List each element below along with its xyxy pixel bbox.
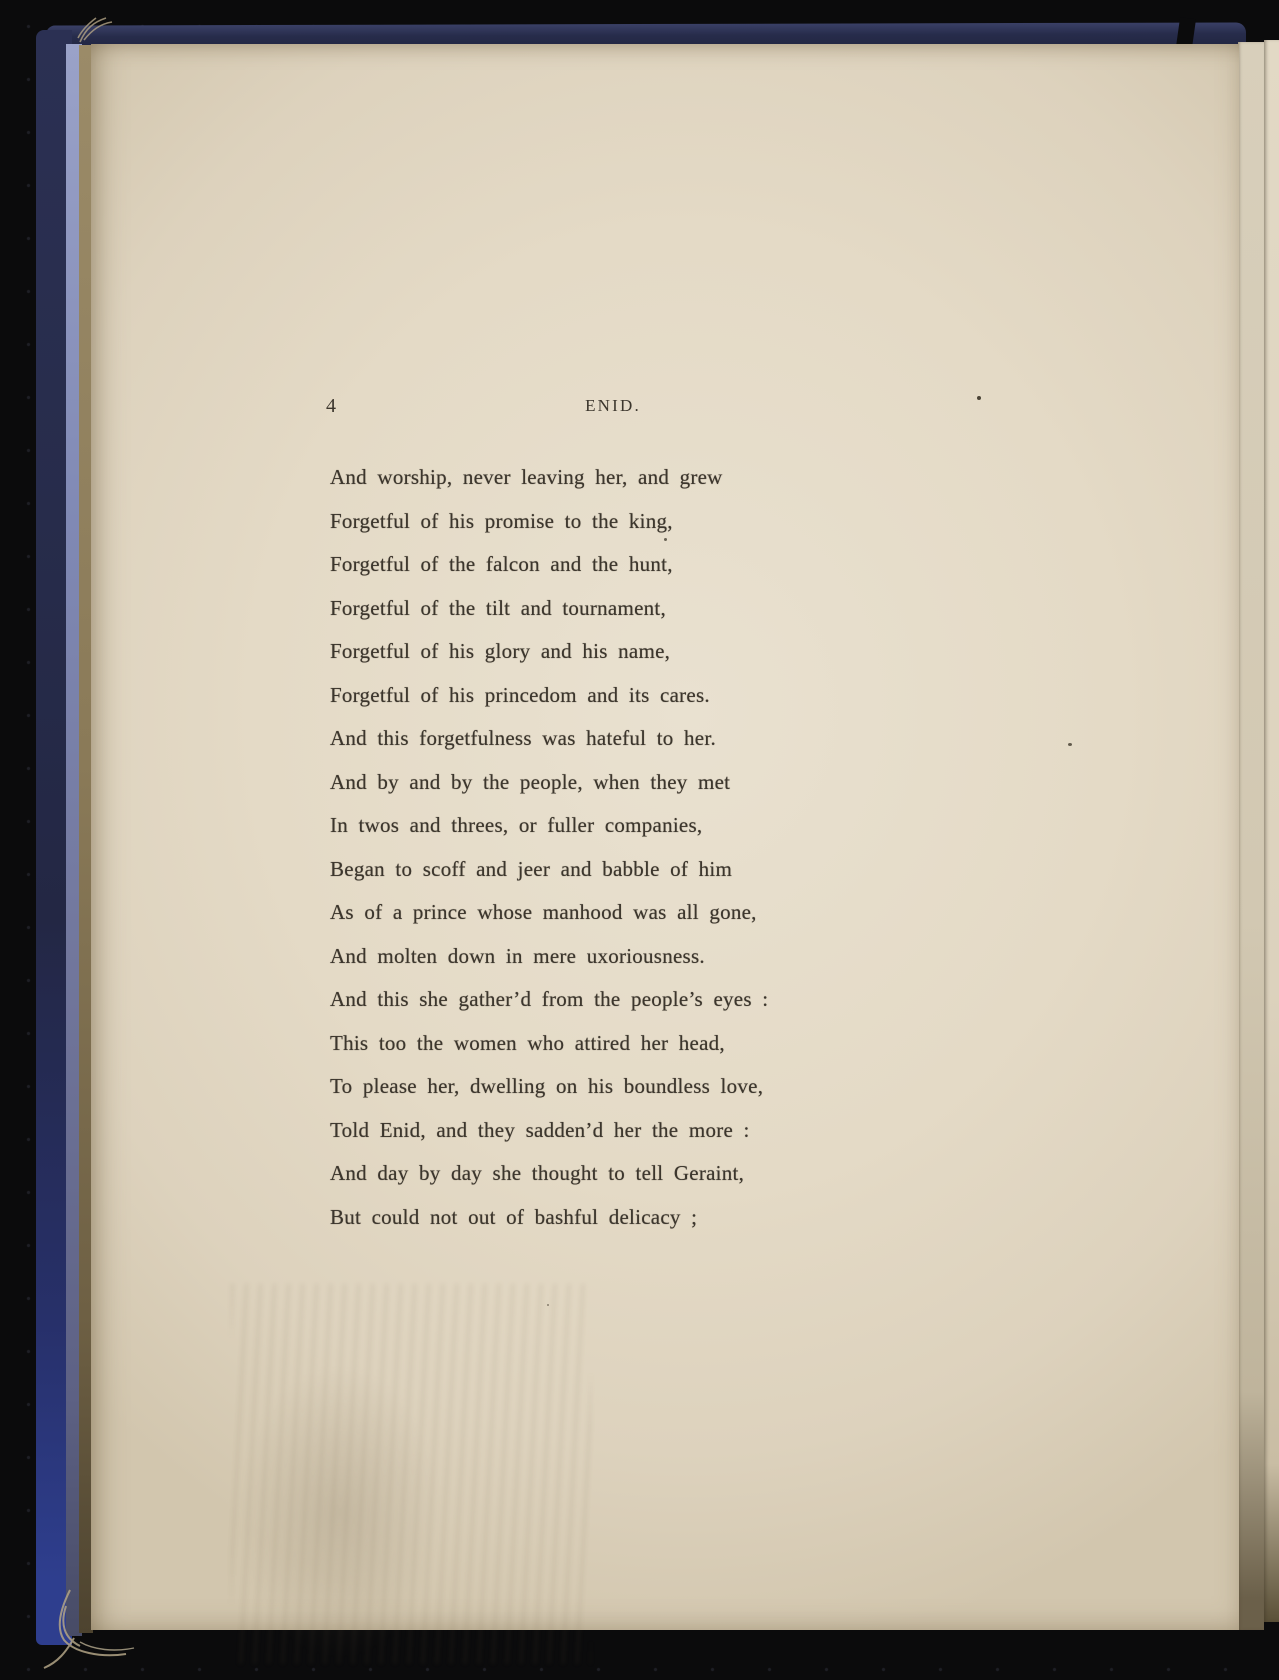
poem-line: To please her, dwelling on his boundless…	[330, 1065, 896, 1109]
poem-line: And this forgetfulness was hateful to he…	[330, 717, 896, 761]
next-page-sliver	[1264, 40, 1279, 1622]
paper-smudge	[231, 1284, 591, 1664]
text-block: 4 ENID. And worship, never leaving her, …	[330, 394, 896, 1239]
poem-text: And worship, never leaving her, and grew…	[330, 456, 896, 1239]
poem-line: Forgetful of the falcon and the hunt,	[330, 543, 896, 587]
poem-line: And this she gather’d from the people’s …	[330, 978, 896, 1022]
paper-speck	[977, 396, 981, 400]
poem-line: As of a prince whose manhood was all gon…	[330, 891, 896, 935]
paper-speck	[547, 1304, 549, 1306]
page-number: 4	[326, 394, 336, 418]
poem-line: Began to scoff and jeer and babble of hi…	[330, 848, 896, 892]
running-title: ENID.	[330, 394, 896, 418]
book-page: 4 ENID. And worship, never leaving her, …	[91, 44, 1239, 1630]
poem-line: Forgetful of the tilt and tournament,	[330, 587, 896, 631]
adjacent-page-edge	[1238, 42, 1264, 1630]
poem-line: But could not out of bashful delicacy ;	[330, 1196, 896, 1240]
poem-line: Forgetful of his glory and his name,	[330, 630, 896, 674]
poem-line: And worship, never leaving her, and grew	[330, 456, 896, 500]
poem-line: And by and by the people, when they met	[330, 761, 896, 805]
poem-line: And day by day she thought to tell Gerai…	[330, 1152, 896, 1196]
paper-speck	[664, 538, 667, 541]
poem-line: Forgetful of his promise to the king,	[330, 500, 896, 544]
poem-line: And molten down in mere uxoriousness.	[330, 935, 896, 979]
poem-line: In twos and threes, or fuller companies,	[330, 804, 896, 848]
poem-line: Forgetful of his princedom and its cares…	[330, 674, 896, 718]
page-header: 4 ENID.	[330, 394, 896, 418]
scan-background: 4 ENID. And worship, never leaving her, …	[0, 0, 1279, 1680]
poem-line: This too the women who attired her head,	[330, 1022, 896, 1066]
poem-line: Told Enid, and they sadden’d her the mor…	[330, 1109, 896, 1153]
paper-speck	[1068, 743, 1072, 746]
